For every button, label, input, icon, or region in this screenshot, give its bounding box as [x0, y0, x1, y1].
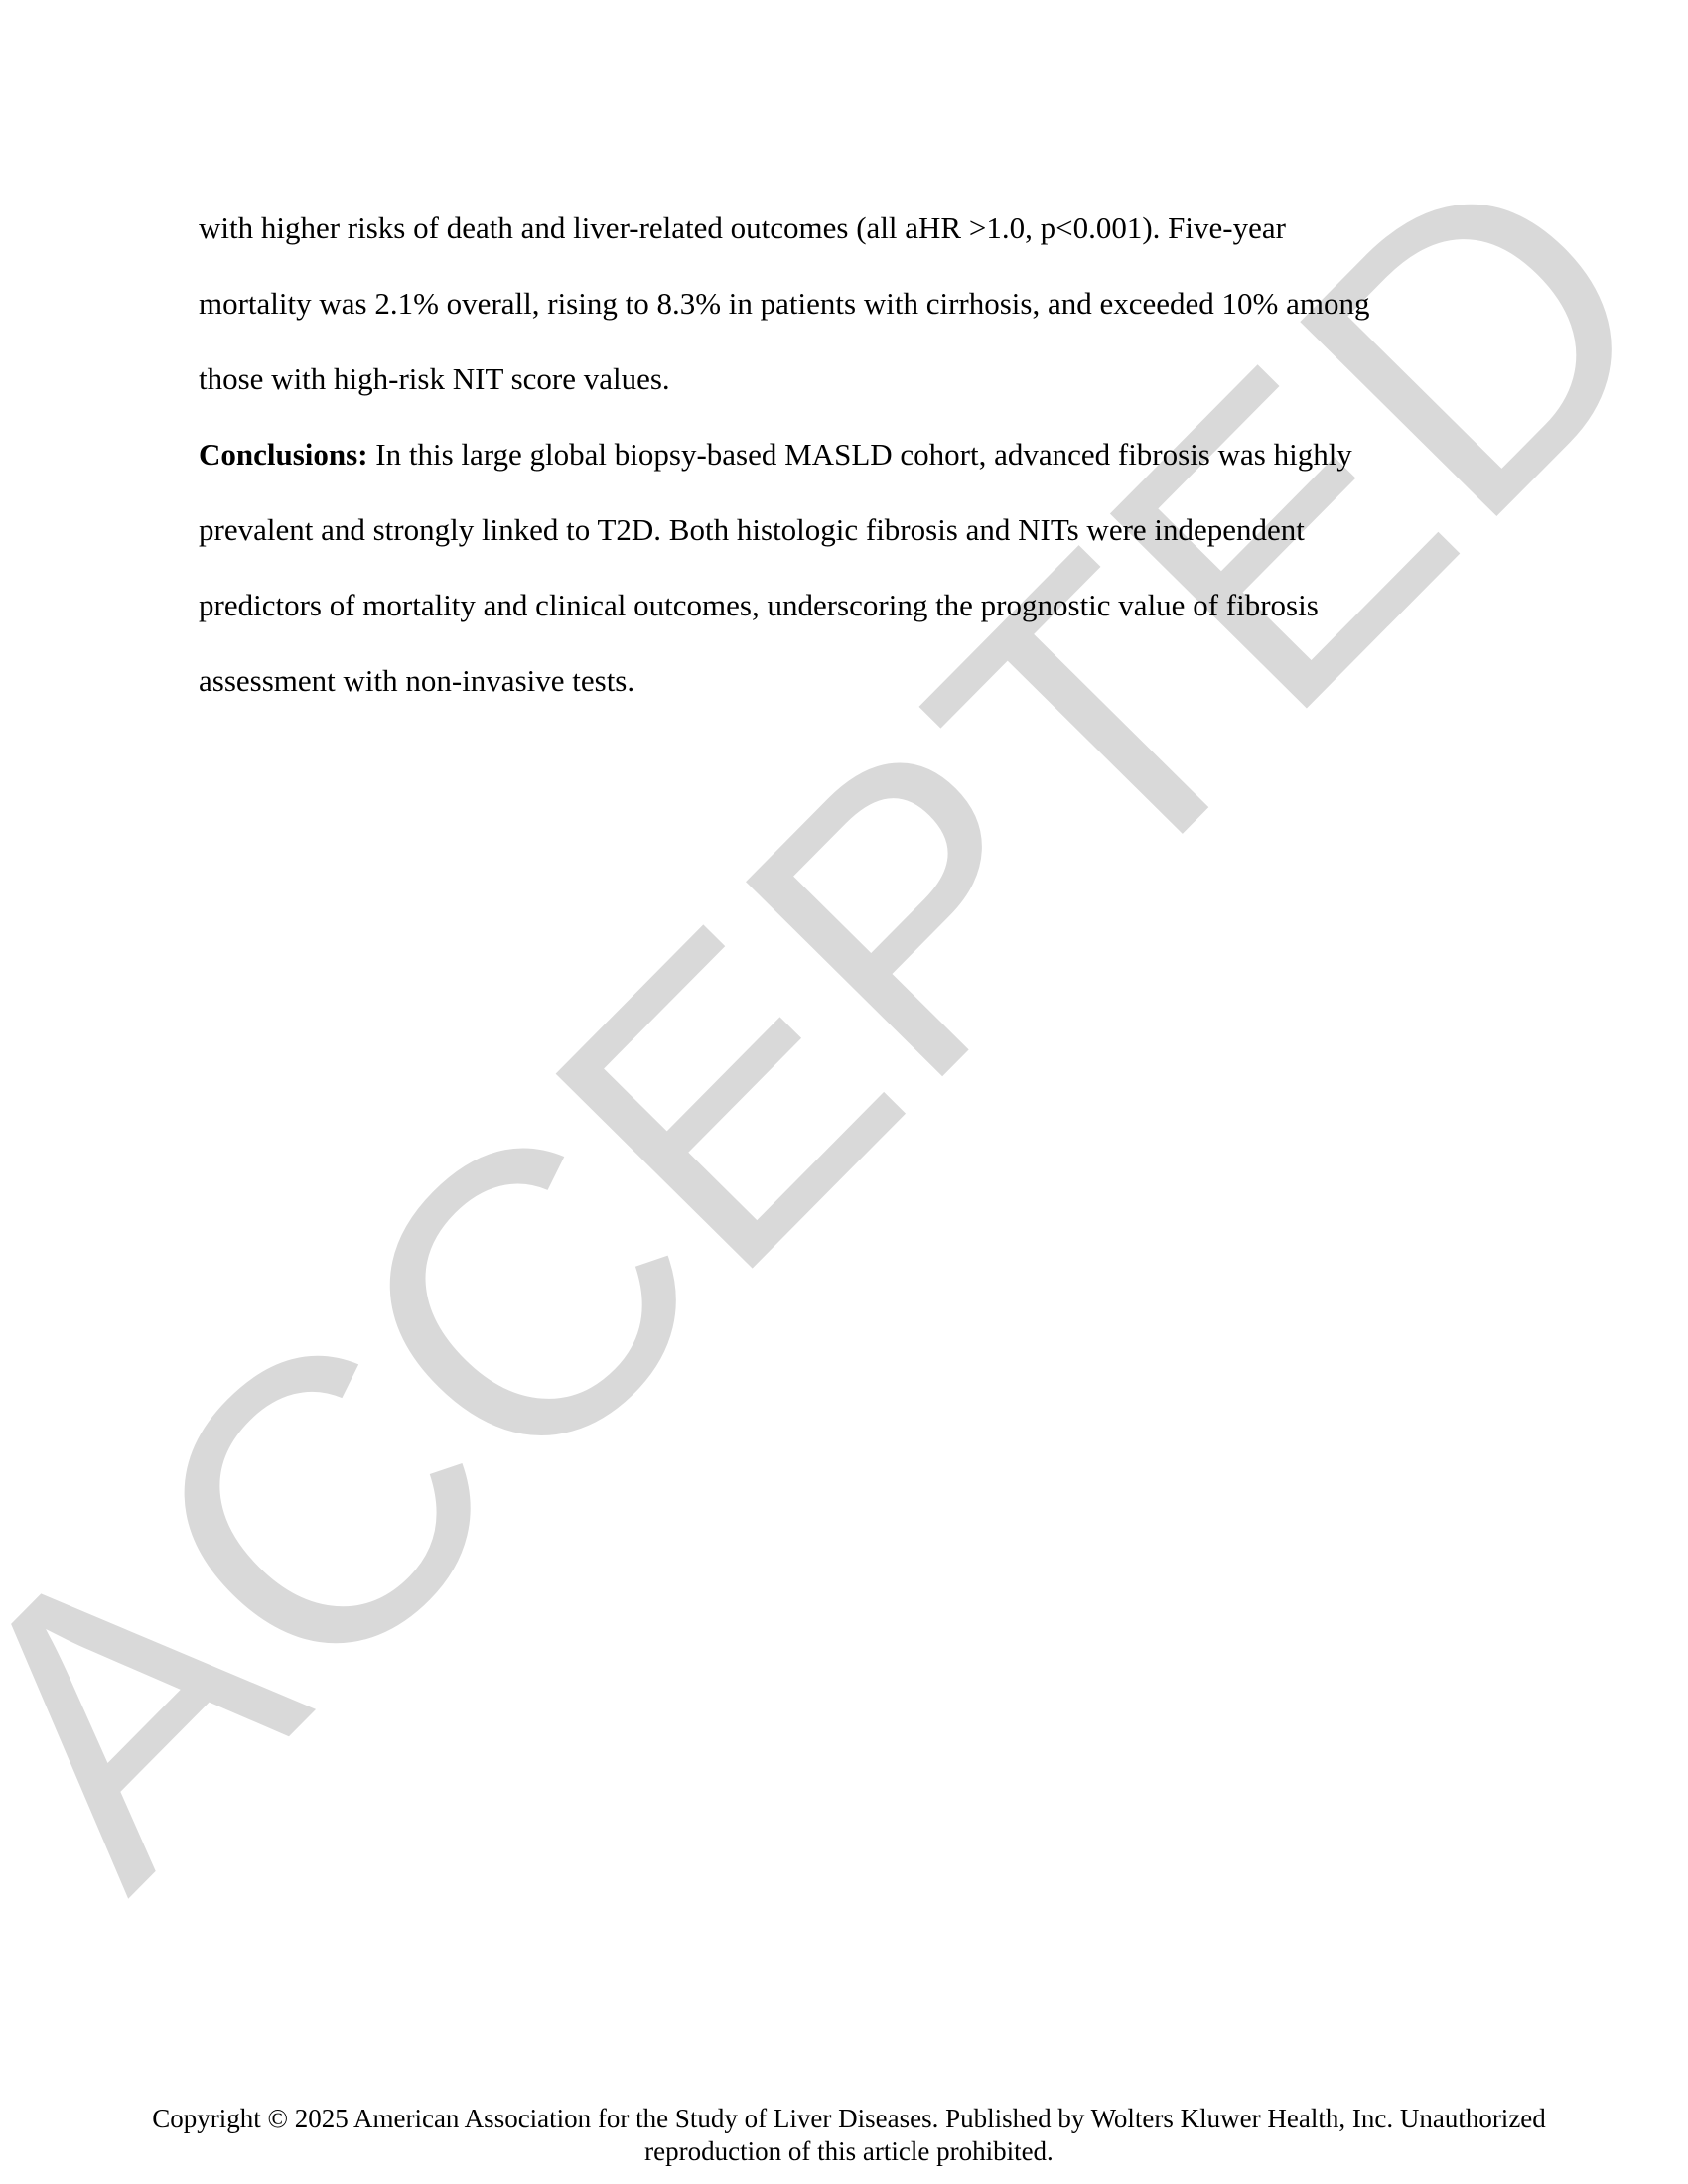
results-line: mortality was 2.1% overall, rising to 8.…	[199, 266, 1509, 341]
copyright-footer: Copyright © 2025 American Association fo…	[99, 2103, 1599, 2168]
conclusions-paragraph: Conclusions: In this large global biopsy…	[199, 417, 1509, 719]
abstract-body: with higher risks of death and liver-rel…	[199, 191, 1509, 719]
results-line: those with high-risk NIT score values.	[199, 341, 1509, 417]
conclusions-label: Conclusions:	[199, 437, 368, 472]
conclusions-line: Conclusions: In this large global biopsy…	[199, 417, 1509, 492]
copyright-line: Copyright © 2025 American Association fo…	[99, 2103, 1599, 2135]
conclusions-line: assessment with non-invasive tests.	[199, 643, 1509, 719]
conclusions-line: prevalent and strongly linked to T2D. Bo…	[199, 492, 1509, 568]
document-page: ACCEPTED with higher risks of death and …	[0, 0, 1688, 2184]
copyright-line: reproduction of this article prohibited.	[99, 2135, 1599, 2168]
conclusions-text: In this large global biopsy-based MASLD …	[368, 437, 1352, 472]
conclusions-line: predictors of mortality and clinical out…	[199, 568, 1509, 643]
results-paragraph: with higher risks of death and liver-rel…	[199, 191, 1509, 417]
results-line: with higher risks of death and liver-rel…	[199, 191, 1509, 266]
